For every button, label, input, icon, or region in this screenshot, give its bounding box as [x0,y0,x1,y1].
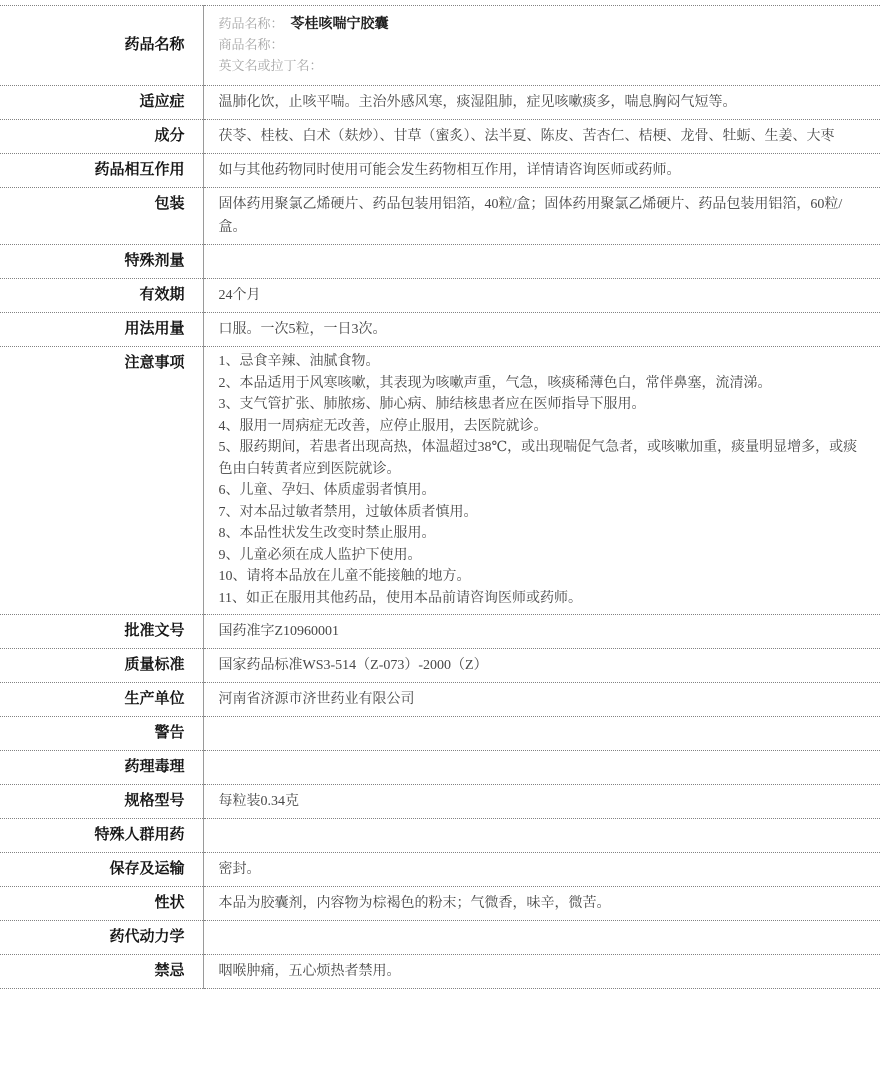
row-precautions: 注意事项 1、忌食辛辣、油腻食物。 2、本品适用于风寒咳嗽，其表现为咳嗽声重，气… [0,347,880,615]
row-dosage-usage: 用法用量 口服。一次5粒，一日3次。 [0,313,880,347]
row-value [203,751,880,785]
row-label: 药品相互作用 [0,154,203,188]
precaution-item: 6、儿童、孕妇、体质虚弱者慎用。 [219,480,867,502]
row-value: 河南省济源市济世药业有限公司 [203,683,880,717]
precautions-list: 1、忌食辛辣、油腻食物。 2、本品适用于风寒咳嗽，其表现为咳嗽声重，气急，咳痰稀… [203,347,880,615]
english-name-prefix: 英文名或拉丁名： [219,58,323,73]
row-label: 包装 [0,188,203,245]
row-value: 本品为胶囊剂，内容物为棕褐色的粉末；气微香，味辛，微苦。 [203,887,880,921]
row-shelf-life: 有效期 24个月 [0,279,880,313]
trade-name-line: 商品名称： [219,35,867,56]
row-label: 警告 [0,717,203,751]
row-drug-name: 药品名称 药品名称：苓桂咳喘宁胶囊 商品名称： 英文名或拉丁名： [0,6,880,86]
precaution-item: 10、请将本品放在儿童不能接触的地方。 [219,566,867,588]
row-drug-interactions: 药品相互作用 如与其他药物同时使用可能会发生药物相互作用，详情请咨询医师或药师。 [0,154,880,188]
row-special-dosage: 特殊剂量 [0,245,880,279]
row-label: 药理毒理 [0,751,203,785]
row-warning: 警告 [0,717,880,751]
drug-name-value: 苓桂咳喘宁胶囊 [291,17,389,32]
row-value: 固体药用聚氯乙烯硬片、药品包装用铝箔，40粒/盒；固体药用聚氯乙烯硬片、药品包装… [203,188,880,245]
row-value [203,921,880,955]
row-ingredients: 成分 茯苓、桂枝、白术（麸炒）、甘草（蜜炙）、法半夏、陈皮、苦杏仁、桔梗、龙骨、… [0,120,880,154]
english-name-line: 英文名或拉丁名： [219,56,867,77]
row-value: 密封。 [203,853,880,887]
drug-info-table: 药品名称 药品名称：苓桂咳喘宁胶囊 商品名称： 英文名或拉丁名： 适应症 温肺化… [0,5,880,989]
row-manufacturer: 生产单位 河南省济源市济世药业有限公司 [0,683,880,717]
row-approval-number: 批准文号 国药准字Z10960001 [0,615,880,649]
row-label: 规格型号 [0,785,203,819]
row-value: 咽喉肿痛，五心烦热者禁用。 [203,955,880,989]
row-indications: 适应症 温肺化饮，止咳平喘。主治外感风寒，痰湿阻肺，症见咳嗽痰多，喘息胸闷气短等… [0,86,880,120]
precaution-item: 9、儿童必须在成人监护下使用。 [219,545,867,567]
precaution-item: 5、服药期间，若患者出现高热，体温超过38℃，或出现喘促气急者，或咳嗽加重，痰量… [219,437,867,480]
precaution-item: 11、如正在服用其他药品，使用本品前请咨询医师或药师。 [219,588,867,610]
row-label: 特殊剂量 [0,245,203,279]
row-description: 性状 本品为胶囊剂，内容物为棕褐色的粉末；气微香，味辛，微苦。 [0,887,880,921]
row-value [203,819,880,853]
row-label: 注意事项 [0,347,203,615]
trade-name-prefix: 商品名称： [219,37,284,52]
row-value [203,245,880,279]
precaution-item: 1、忌食辛辣、油腻食物。 [219,351,867,373]
row-storage-transport: 保存及运输 密封。 [0,853,880,887]
row-pharmacokinetics: 药代动力学 [0,921,880,955]
row-quality-standard: 质量标准 国家药品标准WS3-514（Z-073）-2000（Z） [0,649,880,683]
precaution-item: 8、本品性状发生改变时禁止服用。 [219,523,867,545]
row-label: 适应症 [0,86,203,120]
row-label: 药品名称 [0,6,203,86]
drug-name-line: 药品名称：苓桂咳喘宁胶囊 [219,14,867,35]
row-label: 质量标准 [0,649,203,683]
row-value: 茯苓、桂枝、白术（麸炒）、甘草（蜜炙）、法半夏、陈皮、苦杏仁、桔梗、龙骨、牡蛎、… [203,120,880,154]
row-label: 禁忌 [0,955,203,989]
row-label: 性状 [0,887,203,921]
drug-name-prefix: 药品名称： [219,16,284,31]
row-label: 用法用量 [0,313,203,347]
row-special-populations: 特殊人群用药 [0,819,880,853]
row-label: 生产单位 [0,683,203,717]
row-packaging: 包装 固体药用聚氯乙烯硬片、药品包装用铝箔，40粒/盒；固体药用聚氯乙烯硬片、药… [0,188,880,245]
row-value: 每粒装0.34克 [203,785,880,819]
row-label: 保存及运输 [0,853,203,887]
row-value: 24个月 [203,279,880,313]
row-label: 药代动力学 [0,921,203,955]
precaution-item: 2、本品适用于风寒咳嗽，其表现为咳嗽声重，气急，咳痰稀薄色白，常伴鼻塞，流清涕。 [219,373,867,395]
row-value: 温肺化饮，止咳平喘。主治外感风寒，痰湿阻肺，症见咳嗽痰多，喘息胸闷气短等。 [203,86,880,120]
row-specification: 规格型号 每粒装0.34克 [0,785,880,819]
row-label: 特殊人群用药 [0,819,203,853]
precaution-item: 7、对本品过敏者禁用，过敏体质者慎用。 [219,502,867,524]
row-value: 国家药品标准WS3-514（Z-073）-2000（Z） [203,649,880,683]
row-value: 国药准字Z10960001 [203,615,880,649]
row-value: 口服。一次5粒，一日3次。 [203,313,880,347]
precaution-item: 3、支气管扩张、肺脓疡、肺心病、肺结核患者应在医师指导下服用。 [219,394,867,416]
row-label: 批准文号 [0,615,203,649]
drug-name-block: 药品名称：苓桂咳喘宁胶囊 商品名称： 英文名或拉丁名： [203,6,880,86]
row-label: 成分 [0,120,203,154]
row-contraindications: 禁忌 咽喉肿痛，五心烦热者禁用。 [0,955,880,989]
row-pharmacology-toxicology: 药理毒理 [0,751,880,785]
row-value: 如与其他药物同时使用可能会发生药物相互作用，详情请咨询医师或药师。 [203,154,880,188]
row-label: 有效期 [0,279,203,313]
row-value [203,717,880,751]
precaution-item: 4、服用一周病症无改善，应停止服用，去医院就诊。 [219,416,867,438]
